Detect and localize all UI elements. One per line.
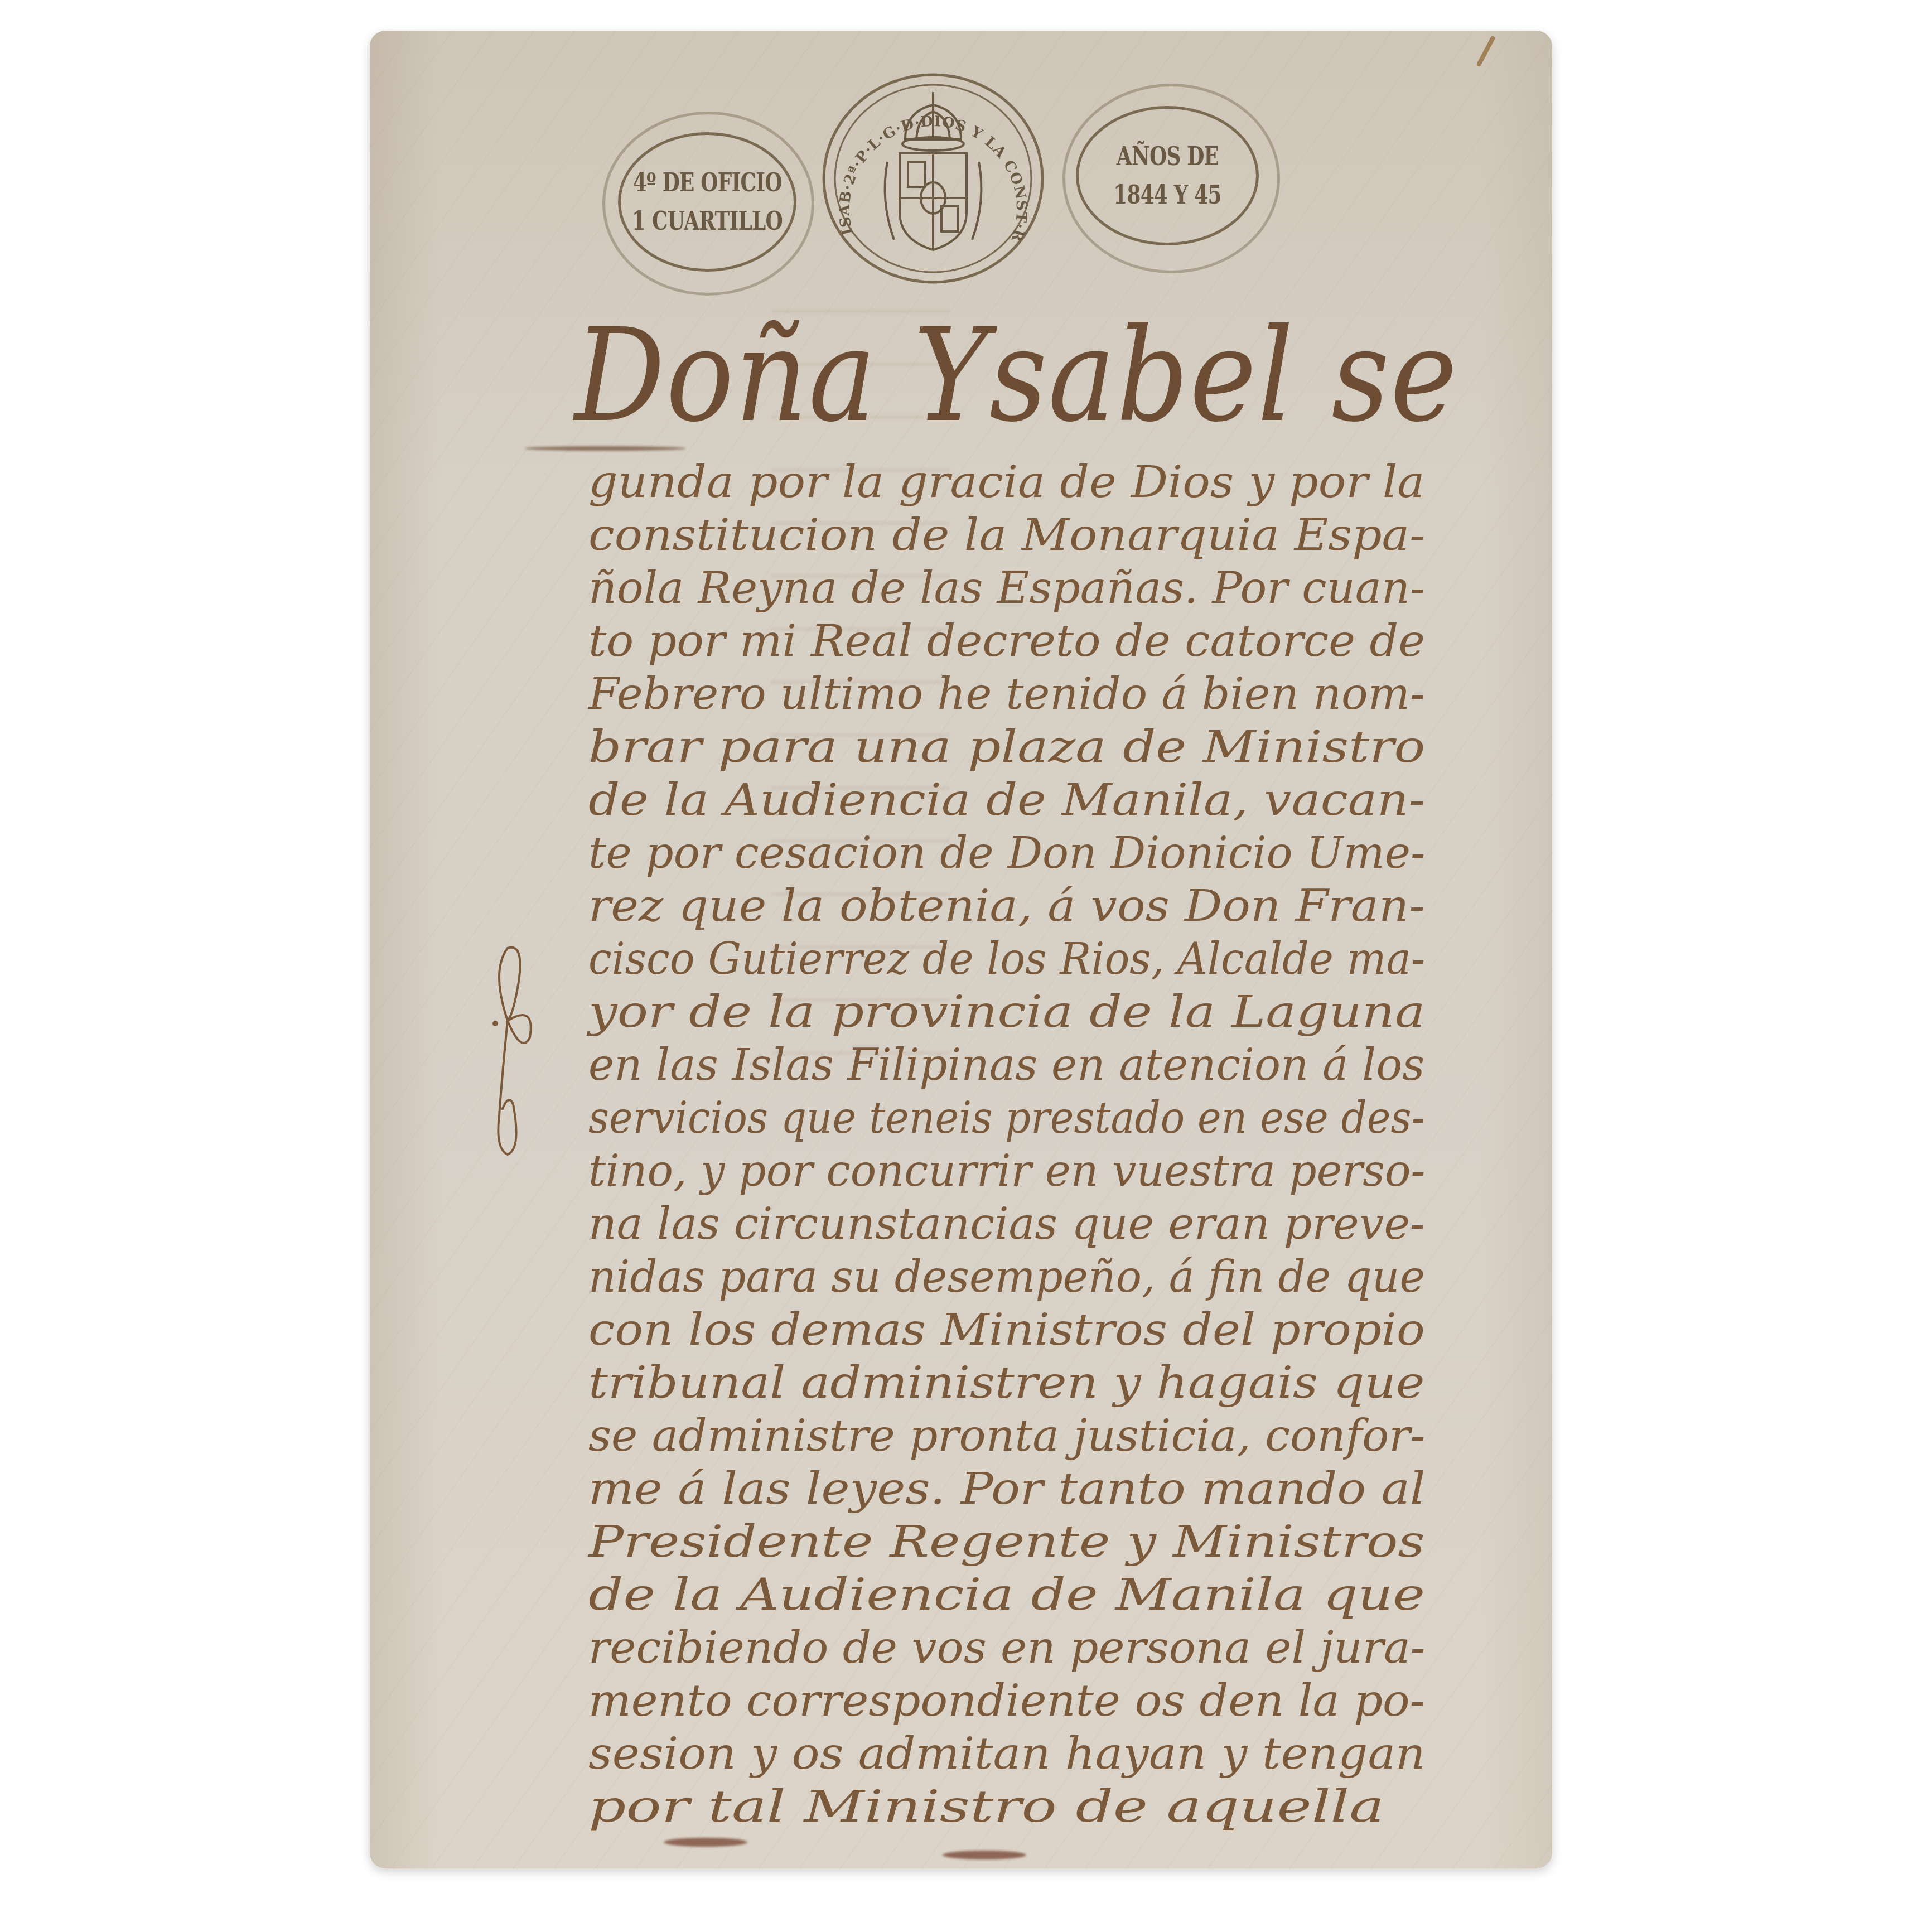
body-line: cisco Gutierrez de los Rios, Alcalde ma- [588,933,1447,986]
body-line-text: por tal Ministro de aquella [588,1781,1384,1834]
svg-text:ISAB·2ª·P·L·G·D·DIOS Y LA CONS: ISAB·2ª·P·L·G·D·DIOS Y LA CONST·REYNA DE… [822,73,1030,244]
body-line-text: yor de la provincia de la Laguna [588,986,1425,1039]
body-line-text: de la Audiencia de Manila que [588,1569,1425,1622]
body-line: te por cesacion de Don Dionicio Ume- [588,827,1447,880]
body-line: Presidente Regente y Ministros [588,1516,1447,1569]
body-line-text: tribunal administren y hagais que [588,1357,1424,1410]
body-line-text: de la Audiencia de Manila, vacan- [588,774,1425,827]
body-line: mento correspondiente os den la po- [588,1675,1447,1728]
body-line-text: se administre pronta justicia, confor- [588,1410,1426,1463]
body-line: gunda por la gracia de Dios y por la [588,456,1447,509]
document-title: Doña Ysabel se [574,312,1360,441]
body-line-text: na las circunstancias que eran preve- [588,1198,1425,1251]
body-line: constitucion de la Monarquia Espa- [588,509,1447,562]
stamp-left-oval: 4º DE OFICIO 1 CUARTILLO [618,132,796,272]
body-line: recibiendo de vos en persona el jura- [588,1622,1447,1675]
body-line-text: servicios que teneis prestado en ese des… [588,1092,1425,1145]
body-line-text: brar para una plaza de Ministro [588,721,1425,774]
stamp-years-label: AÑOS DE [1116,137,1218,176]
body-line: en las Islas Filipinas en atencion á los [588,1039,1447,1092]
body-line: de la Audiencia de Manila, vacan- [588,774,1447,827]
body-line-text: con los demas Ministros del propio [588,1304,1425,1357]
body-line-text: constitucion de la Monarquia Espa- [588,509,1425,562]
stamp-years-value: 1844 Y 45 [1113,176,1221,214]
body-line-text: mento correspondiente os den la po- [588,1675,1425,1728]
body-line: to por mi Real decreto de catorce de [588,615,1447,668]
body-line: por tal Ministro de aquella [588,1781,1447,1834]
body-line: se administre pronta justicia, confor- [588,1410,1447,1463]
body-line: con los demas Ministros del propio [588,1304,1447,1357]
body-line: nidas para su desempeño, á fin de que [588,1251,1447,1304]
body-line: rez que la obtenia, á vos Don Fran- [588,880,1447,933]
margin-rubric-icon [468,937,547,1160]
document-body: gunda por la gracia de Dios y por lacons… [588,456,1447,1834]
body-line-text: sesion y os admitan hayan y tengan [588,1728,1426,1781]
stamp-right-oval: AÑOS DE 1844 Y 45 [1076,106,1259,245]
flourish-stroke-left [664,1838,747,1847]
body-line-text: te por cesacion de Don Dionicio Ume- [588,827,1425,880]
title-flourish-stroke [524,446,686,451]
body-line-text: Presidente Regente y Ministros [588,1516,1425,1569]
body-line-text: gunda por la gracia de Dios y por la [588,456,1424,509]
body-line: sesion y os admitan hayan y tengan [588,1728,1447,1781]
body-line-text: ñola Reyna de las Españas. Por cuan- [588,562,1425,615]
body-line-text: cisco Gutierrez de los Rios, Alcalde ma- [588,933,1425,986]
stamp-paper-class: 4º DE OFICIO [632,163,781,202]
body-line-text: tino, y por concurrir en vuestra perso- [588,1145,1425,1198]
body-line: brar para una plaza de Ministro [588,721,1447,774]
body-line: me á las leyes. Por tanto mando al [588,1463,1447,1516]
body-line-text: to por mi Real decreto de catorce de [588,615,1425,668]
body-line: servicios que teneis prestado en ese des… [588,1092,1447,1145]
body-line-text: en las Islas Filipinas en atencion á los [588,1039,1424,1092]
body-line: de la Audiencia de Manila que [588,1569,1447,1622]
body-line: na las circunstancias que eran preve- [588,1198,1447,1251]
body-line-text: me á las leyes. Por tanto mando al [588,1463,1426,1516]
body-line-text: Febrero ultimo he tenido á bien nom- [588,668,1425,721]
body-line: tino, y por concurrir en vuestra perso- [588,1145,1447,1198]
body-line: Febrero ultimo he tenido á bien nom- [588,668,1447,721]
body-line: ñola Reyna de las Españas. Por cuan- [588,562,1447,615]
body-line-text: nidas para su desempeño, á fin de que [588,1251,1425,1304]
royal-seal-icon: ISAB·2ª·P·L·G·D·DIOS Y LA CONST·REYNA DE… [822,73,1045,284]
body-line-text: recibiendo de vos en persona el jura- [588,1622,1425,1675]
flourish-stroke-right [943,1851,1026,1859]
stamp-paper-size: 1 CUARTILLO [632,202,783,240]
body-line-text: rez que la obtenia, á vos Don Fran- [588,880,1425,933]
body-line: yor de la provincia de la Laguna [588,986,1447,1039]
body-line: tribunal administren y hagais que [588,1357,1447,1410]
